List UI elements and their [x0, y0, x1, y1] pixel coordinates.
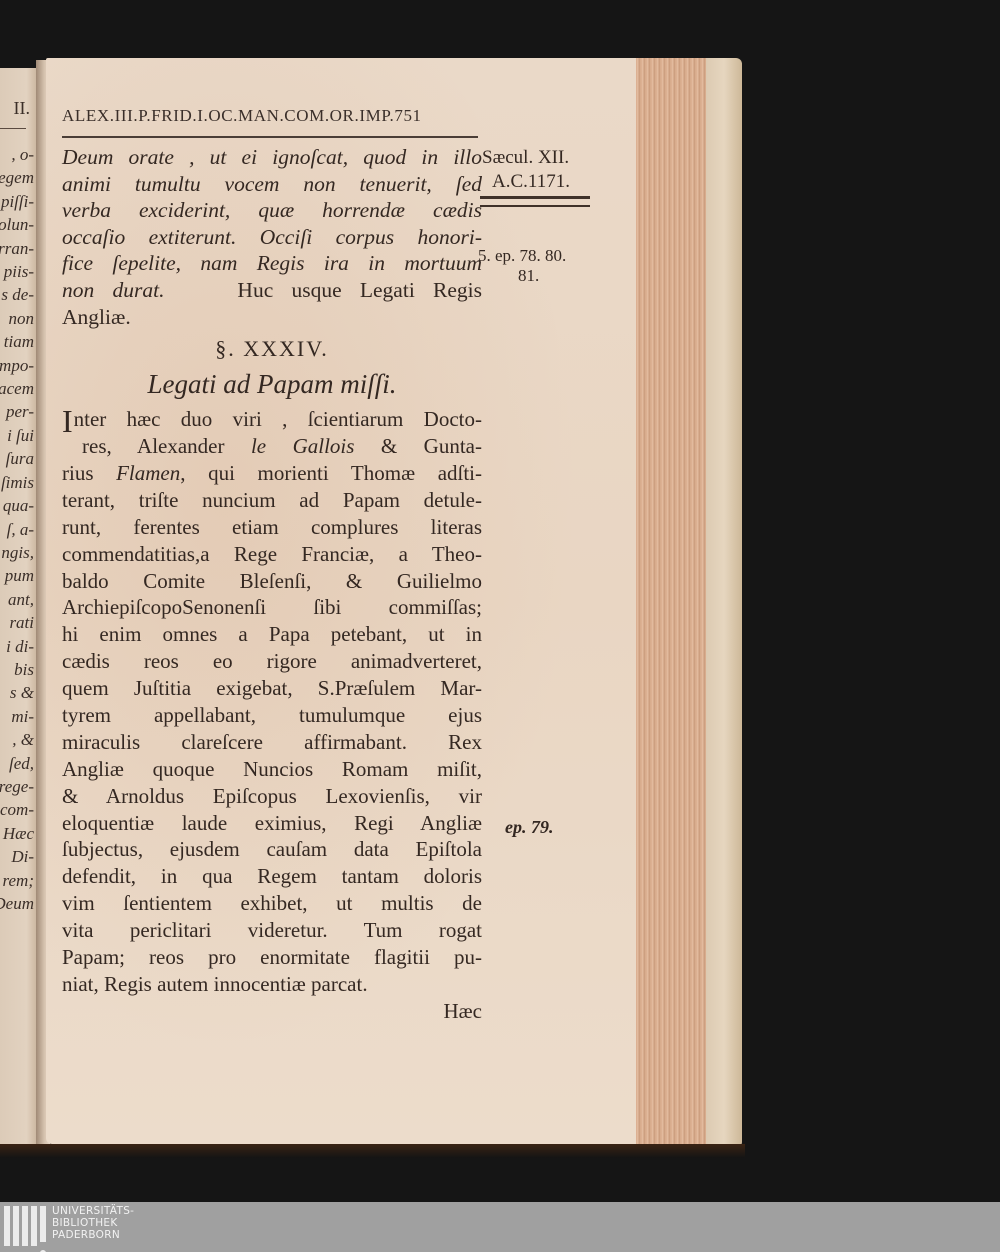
text-line: ArchiepiſcopoSenonenſi ſibi commiſſas;: [62, 594, 482, 621]
left-page-line-fragment: ſ, a-: [0, 518, 34, 541]
text-line: vim ſentientem exhibet, ut multis de: [62, 890, 482, 917]
margin-reference: ep. 79.: [505, 817, 554, 838]
catchword: Hæc: [62, 998, 482, 1025]
left-page-line-fragment: per-: [0, 400, 34, 423]
left-page-line-fragment: qua-: [0, 494, 34, 517]
left-page-line-fragment: Deum: [0, 892, 34, 915]
text-line: Inter hæc duo viri , ſcientiarum Doctо-: [62, 406, 482, 433]
text-column: Deum orate , ut ei ignoſcat, quod in ill…: [62, 144, 482, 1025]
text-line: Deum orate , ut ei ignoſcat, quod in ill…: [62, 144, 482, 171]
text-line: verba exciderint, quæ horrendæ cædis: [62, 197, 482, 224]
text-line: quem Juſtitia exigebat, S.Præſulem Mar-: [62, 675, 482, 702]
left-page-line-fragment: non: [0, 307, 34, 330]
line-text: & Gunta-: [354, 434, 482, 458]
left-page-line-fragment: tiam: [0, 330, 34, 353]
text-line: tyrem appellabant, tumulumque ejus: [62, 702, 482, 729]
left-page-line-fragment: mi-: [0, 705, 34, 728]
text-line: non durat. Huc usque Legati Regis: [62, 277, 482, 304]
left-page-lines: , o-egempiſſi-olun-rran-piis-s de-nontia…: [0, 143, 34, 915]
left-page-line-fragment: i ſui: [0, 424, 34, 447]
library-name-line: BIBLIOTHEK: [52, 1217, 134, 1229]
text-line: defendit, in qua Regem tantam doloris: [62, 863, 482, 890]
left-page-line-fragment: ſed,: [0, 752, 34, 775]
text-line: Angliæ.: [62, 304, 482, 331]
library-logo-icon: [4, 1206, 44, 1250]
left-page-line-fragment: , o-: [0, 143, 34, 166]
roman-fragment: Huc usque Legati Regis: [237, 278, 482, 302]
left-page-line-fragment: s &: [0, 681, 34, 704]
library-footer-bar: UNIVERSITÄTS- BIBLIOTHEK PADERBORN: [0, 1202, 1000, 1252]
left-page-line-fragment: piis-: [0, 260, 34, 283]
margin-reference: 5. ep. 78. 80.: [478, 246, 566, 266]
italic-fragment: le Gallois: [251, 434, 354, 458]
left-page-line-fragment: i di-: [0, 635, 34, 658]
library-name-line: PADERBORN: [52, 1229, 134, 1241]
italic-fragment: Flamen: [116, 461, 180, 485]
left-page-line-fragment: com-: [0, 798, 34, 821]
margin-rule-thin: [480, 205, 590, 207]
left-page-line-fragment: ſimis: [0, 471, 34, 494]
page-shadow: [0, 1144, 745, 1158]
left-page-line-fragment: ſura: [0, 447, 34, 470]
left-page-line-fragment: piſſi-: [0, 190, 34, 213]
section-title: Legati ad Papam miſſi.: [62, 366, 482, 402]
running-head: ALEX.III.P.FRID.I.OC.MAN.COM.OR.IMP.751: [62, 106, 482, 126]
drop-cap: I: [62, 403, 73, 439]
left-page-line-fragment: rege-: [0, 775, 34, 798]
left-running-head: II.: [0, 98, 30, 119]
left-head-rule: [0, 128, 26, 129]
running-head-title: ALEX.III.P.FRID.I.OC.MAN.COM.OR.IMP.: [62, 106, 394, 125]
left-page-line-fragment: acem: [0, 377, 34, 400]
margin-year: A.C.1171.: [492, 171, 570, 193]
text-line: rius Flamen, qui morienti Thomæ adſti-: [62, 460, 482, 487]
text-line: Angliæ quoque Nuncios Romam miſit,: [62, 756, 482, 783]
text-line: cædis reos eo rigore animadverteret,: [62, 648, 482, 675]
text-line: animi tumultu vocem non tenuerit, ſed: [62, 171, 482, 198]
body-text: Inter hæc duo viri , ſcientiarum Doctо- …: [62, 406, 482, 1024]
left-page-line-fragment: bis: [0, 658, 34, 681]
library-name: UNIVERSITÄTS- BIBLIOTHEK PADERBORN: [52, 1205, 134, 1241]
line-text: , qui morienti Thomæ adſti-: [180, 461, 482, 485]
text-line: fice ſepelite, nam Regis ira in mortuum: [62, 250, 482, 277]
margin-reference-cont: 81.: [518, 266, 539, 286]
text-line: baldo Comite Bleſenſi, & Guilielmo: [62, 568, 482, 595]
text-line: eloquentiæ laude eximius, Regi Angliæ: [62, 810, 482, 837]
text-line: vita periclitari videretur. Tum rogat: [62, 917, 482, 944]
line-text: rius: [62, 461, 116, 485]
text-line: niat, Regis autem innocentiæ parcat.: [62, 971, 482, 998]
page-block-edge: [636, 58, 708, 1144]
left-page-line-fragment: Hæc: [0, 822, 34, 845]
left-page-line-fragment: ant,: [0, 588, 34, 611]
left-page-fragment: II. , o-egempiſſi-olun-rran-piis-s de-no…: [0, 68, 38, 1144]
book-cover-edge: [706, 58, 742, 1148]
left-page-line-fragment: pum: [0, 564, 34, 587]
left-page-line-fragment: , &: [0, 728, 34, 751]
text-line: terant, triſte nuncium ad Papam detule-: [62, 487, 482, 514]
left-page-line-fragment: rati: [0, 611, 34, 634]
text-line: miraculis clareſcere affirmabant. Rex: [62, 729, 482, 756]
left-page-line-fragment: rem;: [0, 869, 34, 892]
page-number: 751: [394, 106, 421, 125]
head-rule: [62, 136, 478, 138]
text-line: occaſio extiterunt. Occiſi corpus honori…: [62, 224, 482, 251]
text-line: & Arnoldus Epiſcopus Lexovienſis, vir: [62, 783, 482, 810]
left-page-line-fragment: rran-: [0, 237, 34, 260]
text-line: ſubjectus, ejusdem cauſam data Epiſtola: [62, 836, 482, 863]
margin-century: Sæcul. XII.: [482, 147, 569, 169]
italic-fragment: non durat.: [62, 278, 164, 302]
text-line: commendatitias,a Rege Franciæ, a Theo-: [62, 541, 482, 568]
left-page-line-fragment: ngis,: [0, 541, 34, 564]
line-text: nter hæc duo viri , ſcientiarum Doctо-: [74, 407, 482, 431]
left-page-line-fragment: Di-: [0, 845, 34, 868]
text-line: runt, ferentes etiam complures literas: [62, 514, 482, 541]
text-line: res, Alexander le Gallois & Gunta-: [62, 433, 482, 460]
library-name-line: UNIVERSITÄTS-: [52, 1205, 134, 1217]
left-page-line-fragment: mpo-: [0, 354, 34, 377]
left-page-line-fragment: egem: [0, 166, 34, 189]
text-line: Papam; reos pro enormitate flagitii pu-: [62, 944, 482, 971]
left-page-line-fragment: s de-: [0, 283, 34, 306]
line-text: res, Alexander: [82, 434, 251, 458]
section-number: §. XXXIV.: [62, 336, 482, 366]
margin-rule-thick: [480, 196, 590, 199]
left-page-line-fragment: olun-: [0, 213, 34, 236]
text-line: hi enim omnes a Papa petebant, ut in: [62, 621, 482, 648]
